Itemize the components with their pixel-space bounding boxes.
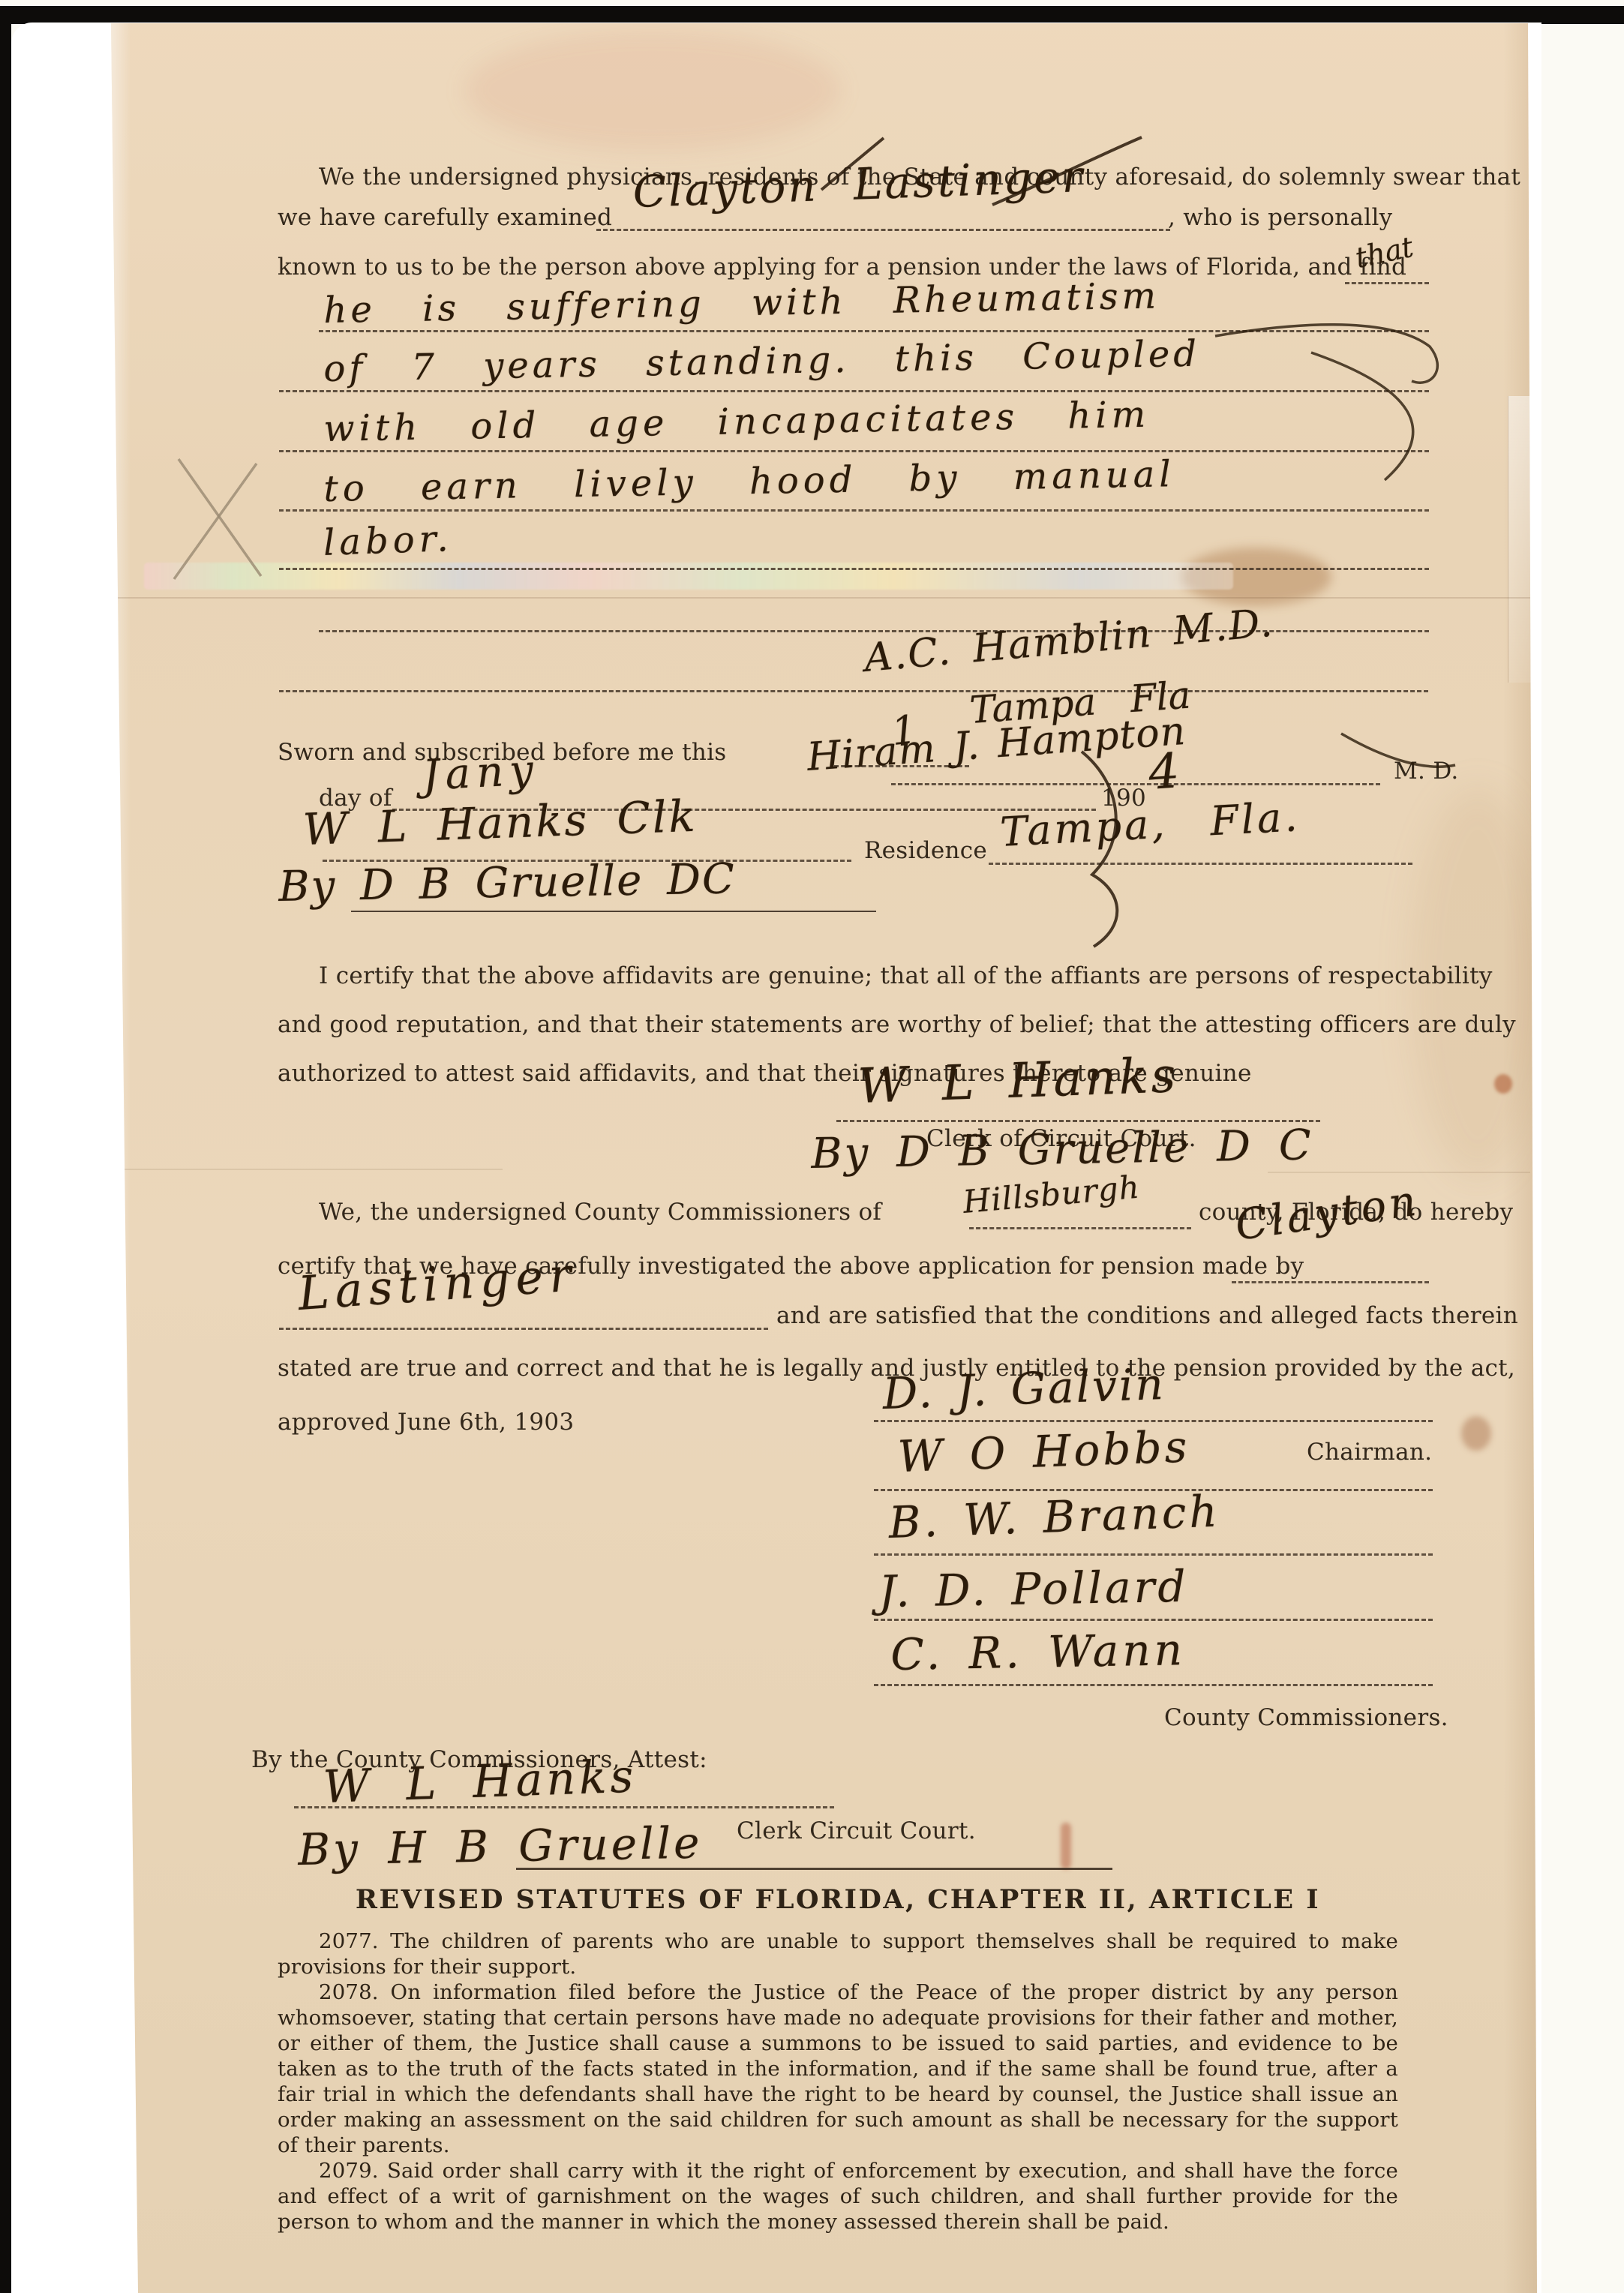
findings-line-1: he is suffering with Rheumatism [323,275,1160,332]
scanner-edge-top [0,6,1624,24]
deputy-signature-sworn: By D B Gruelle DC [278,854,737,911]
document-page: We the undersigned physicians, residents… [0,0,1624,2293]
scanner-edge-left [0,6,11,2293]
statute-2079: 2079. Said order shall carry with it the… [278,2158,1398,2234]
commissioner-signature-branch: B. W. Branch [888,1486,1221,1548]
commissioner-signature-galvin: D. J. Galvin [882,1358,1166,1419]
commissioners-line-3-suffix: and are satisfied that the conditions an… [776,1302,1518,1329]
attest-deputy-signature: By H B Gruelle [298,1817,703,1875]
rust-dot-2 [1461,1416,1491,1451]
commissioner-rule-5 [874,1684,1433,1686]
county-handwriting: Hillsburgh [962,1169,1142,1220]
deputy-signature-underline [351,911,876,912]
commissioner-signature-wann: C. R. Wann [890,1624,1187,1680]
scanned-pension-document: We the undersigned physicians, residents… [0,0,1624,2293]
commissioner-rule-3 [874,1553,1433,1556]
stain-top [465,30,840,150]
statute-2078: 2078. On information filed before the Ju… [278,1979,1398,2158]
statute-2077: 2077. The children of parents who are un… [278,1928,1398,1979]
examined-name-rule [596,229,1170,231]
findings-rule-4 [279,509,1429,512]
residence-handwriting: Tampa, Fla. [999,793,1301,856]
applicant-first-rule [1232,1281,1429,1283]
red-streak-attest [1061,1823,1071,1869]
affidavit-examined-suffix: , who is personally [1168,204,1392,231]
statutes-section: REVISED STATUTES OF FLORIDA, CHAPTER II,… [278,1884,1398,2234]
certification-line-1: I certify that the above affidavits are … [319,962,1493,989]
county-rule [969,1227,1191,1229]
commissioner-rule-4 [874,1619,1433,1621]
findings-rule-2 [279,390,1429,392]
find-value-handwriting: that [1352,230,1416,275]
affidavit-examined-prefix: we have carefully examined [278,204,612,231]
rust-dot-1 [1494,1074,1512,1094]
residence-rule [989,863,1412,865]
residence-label: Residence [864,837,987,864]
examined-name-handwriting: Clayton Lastinger [632,151,1086,218]
md-label: M. D. [1394,758,1459,785]
commissioner-signature-hobbs: W O Hobbs [897,1421,1191,1482]
county-commissioners-label: County Commissioners. [1164,1704,1448,1731]
find-value-rule [1345,282,1429,284]
commissioners-line-5: approved June 6th, 1903 [278,1409,574,1436]
findings-line-5: labor. [323,518,453,564]
applicant-first-handwriting: Clayton [1232,1176,1422,1250]
findings-line-3: with old age incapacitates him [323,394,1151,450]
findings-line-4: to earn lively hood by manual [323,453,1175,510]
tape-right-edge [1508,396,1532,683]
findings-rule-5 [279,568,1429,570]
certification-deputy-signature: By D B Gruelle D C [811,1121,1313,1178]
tape-glare-band [144,563,1233,590]
statutes-heading: REVISED STATUTES OF FLORIDA, CHAPTER II,… [278,1884,1398,1915]
findings-line-2: of 7 years standing. this Coupled [323,333,1200,390]
commissioner-signature-pollard: J. D. Pollard [878,1561,1189,1617]
affidavit-line-3: known to us to be the person above apply… [278,254,1406,281]
blank-rule-2 [279,690,1428,692]
year-digit-handwriting: 4 [1147,743,1181,801]
fold-crease-upper [113,597,1530,599]
attest-signature-rule [294,1806,834,1808]
attest-signature: W L Hanks [323,1750,638,1814]
certification-signature: W L Hanks [857,1048,1179,1115]
month-handwriting: Jany [422,746,541,800]
certification-line-2: and good reputation, and that their stat… [278,1011,1516,1038]
hamblin-signature: A.C. Hamblin M.D. [863,601,1276,681]
clerk-circuit-court-label: Clerk Circuit Court. [737,1817,976,1844]
commissioners-line-1-prefix: We, the undersigned County Commissioners… [319,1199,881,1226]
chairman-label: Chairman. [1307,1439,1432,1466]
findings-rule-1 [319,330,1429,332]
fold-crease-mid-right [1268,1172,1530,1173]
findings-rule-3 [279,450,1429,452]
attest-deputy-underline [516,1868,1112,1870]
fold-crease-mid-left [113,1169,503,1170]
applicant-last-rule [279,1328,768,1330]
